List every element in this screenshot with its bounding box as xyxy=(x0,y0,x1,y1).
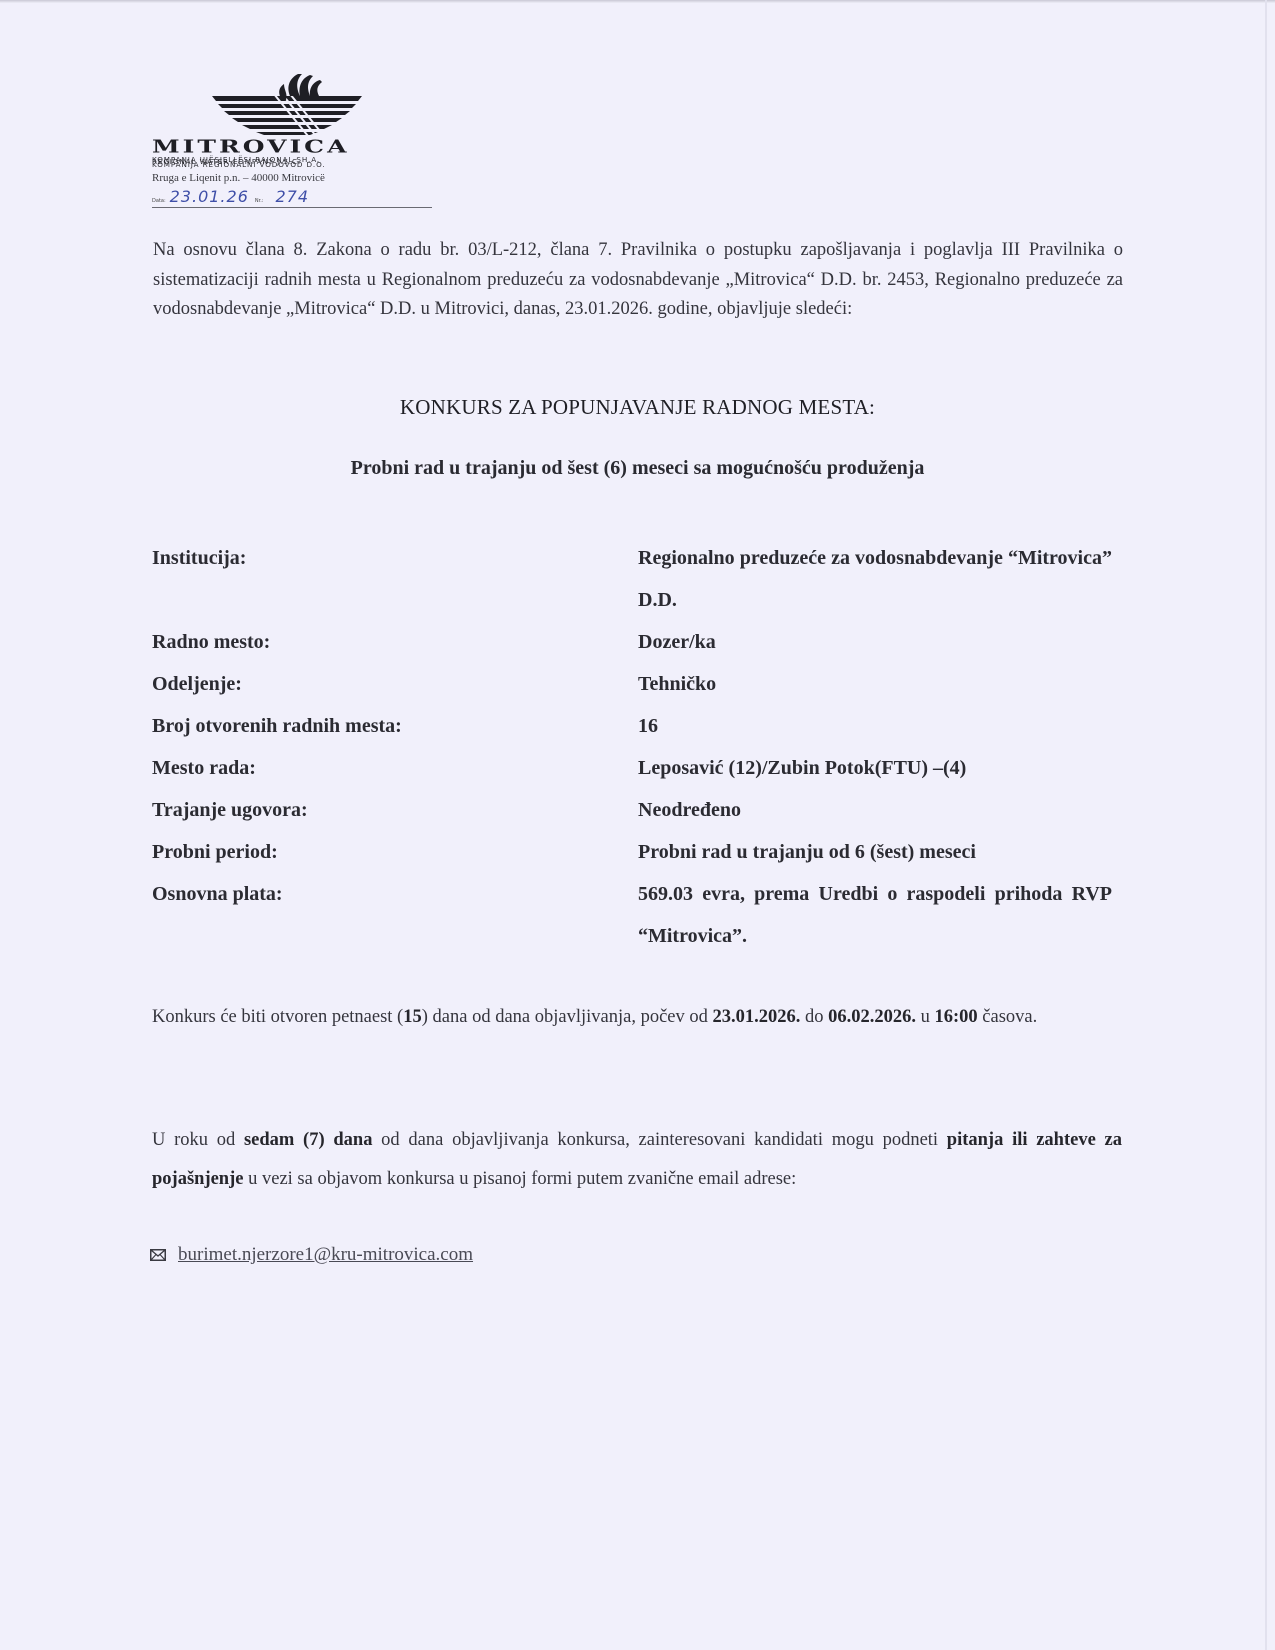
end-time: 16:00 xyxy=(935,1007,978,1027)
text: od dana objavljivanja konkursa, zaintere… xyxy=(372,1130,946,1150)
company-letterhead: MITROVICA KOMPANIA UJËSJELLËSI RAJONAL S… xyxy=(152,74,432,208)
stamp-date-label: Data: xyxy=(152,198,166,204)
detail-value: Dozer/ka xyxy=(638,621,1112,663)
detail-value: 569.03 evra, prema Uredbi o raspodeli pr… xyxy=(638,873,1112,957)
detail-row-location: Mesto rada: Leposavić (12)/Zubin Potok(F… xyxy=(152,747,1112,789)
detail-row-position: Radno mesto: Dozer/ka xyxy=(152,621,1112,663)
detail-value: Neodređeno xyxy=(638,789,1112,831)
stamp-number-label: Nr.: xyxy=(255,198,264,204)
text: časova. xyxy=(978,1007,1038,1027)
questions-paragraph: U roku od sedam (7) dana od dana objavlj… xyxy=(152,1121,1122,1199)
stamp-number-value: 274 xyxy=(276,187,310,206)
detail-row-probation: Probni period: Probni rad u trajanju od … xyxy=(152,831,1112,873)
detail-label: Mesto rada: xyxy=(152,747,638,789)
detail-label: Institucija: xyxy=(152,537,638,621)
page-top-edge xyxy=(0,0,1275,3)
water-drop-waves-logo-icon xyxy=(212,74,362,136)
contact-email-row: burimet.njerzore1@kru-mitrovica.com xyxy=(150,1244,473,1266)
company-name-serbian: KOMPANIJA REGIONALNI VODOVOD D.O. xyxy=(152,161,432,169)
start-date: 23.01.2026. xyxy=(713,1007,801,1027)
detail-label: Probni period: xyxy=(152,831,638,873)
detail-label: Odeljenje: xyxy=(152,663,638,705)
application-period-paragraph: Konkurs će biti otvoren petnaest (15) da… xyxy=(152,998,1122,1037)
detail-label: Osnovna plata: xyxy=(152,873,638,957)
detail-label: Broj otvorenih radnih mesta: xyxy=(152,705,638,747)
registry-stamp: Data: 23.01.26 Nr.: 274 xyxy=(152,187,432,208)
detail-row-department: Odeljenje: Tehničko xyxy=(152,663,1112,705)
detail-label: Radno mesto: xyxy=(152,621,638,663)
questions-deadline: sedam (7) dana xyxy=(244,1130,372,1150)
text: U roku od xyxy=(152,1130,244,1150)
page-right-edge xyxy=(1265,0,1267,1650)
contact-email-link[interactable]: burimet.njerzore1@kru-mitrovica.com xyxy=(178,1244,473,1266)
end-date: 06.02.2026. xyxy=(828,1007,916,1027)
document-title: KONKURS ZA POPUNJAVANJE RADNOG MESTA: xyxy=(0,395,1275,420)
detail-row-institution: Institucija: Regionalno preduzeće za vod… xyxy=(152,537,1112,621)
detail-value: Probni rad u trajanju od 6 (šest) meseci xyxy=(638,831,1112,873)
text: u xyxy=(916,1007,935,1027)
days-count: 15 xyxy=(403,1007,422,1027)
legal-basis-paragraph: Na osnovu člana 8. Zakona o radu br. 03/… xyxy=(153,236,1123,325)
company-name: MITROVICA xyxy=(152,138,432,155)
detail-value: Leposavić (12)/Zubin Potok(FTU) –(4) xyxy=(638,747,1112,789)
company-address: Rruga e Liqenit p.n. – 40000 Mitrovicë xyxy=(152,172,432,184)
detail-row-openings: Broj otvorenih radnih mesta: 16 xyxy=(152,705,1112,747)
text: ) dana od dana objavljivanja, počev od xyxy=(422,1007,713,1027)
detail-row-contract-duration: Trajanje ugovora: Neodređeno xyxy=(152,789,1112,831)
stamp-date-value: 23.01.26 xyxy=(170,187,249,206)
text: u vezi sa objavom konkursa u pisanoj for… xyxy=(243,1169,796,1189)
detail-label: Trajanje ugovora: xyxy=(152,789,638,831)
detail-value: Regionalno preduzeće za vodosnabdevanje … xyxy=(638,537,1112,621)
text: do xyxy=(800,1007,828,1027)
envelope-icon xyxy=(150,1249,166,1261)
text: Konkurs će biti otvoren petnaest ( xyxy=(152,1007,403,1027)
position-details: Institucija: Regionalno preduzeće za vod… xyxy=(152,537,1112,957)
detail-value: 16 xyxy=(638,705,1112,747)
detail-row-salary: Osnovna plata: 569.03 evra, prema Uredbi… xyxy=(152,873,1112,957)
document-subtitle: Probni rad u trajanju od šest (6) meseci… xyxy=(0,457,1275,480)
detail-value: Tehničko xyxy=(638,663,1112,705)
